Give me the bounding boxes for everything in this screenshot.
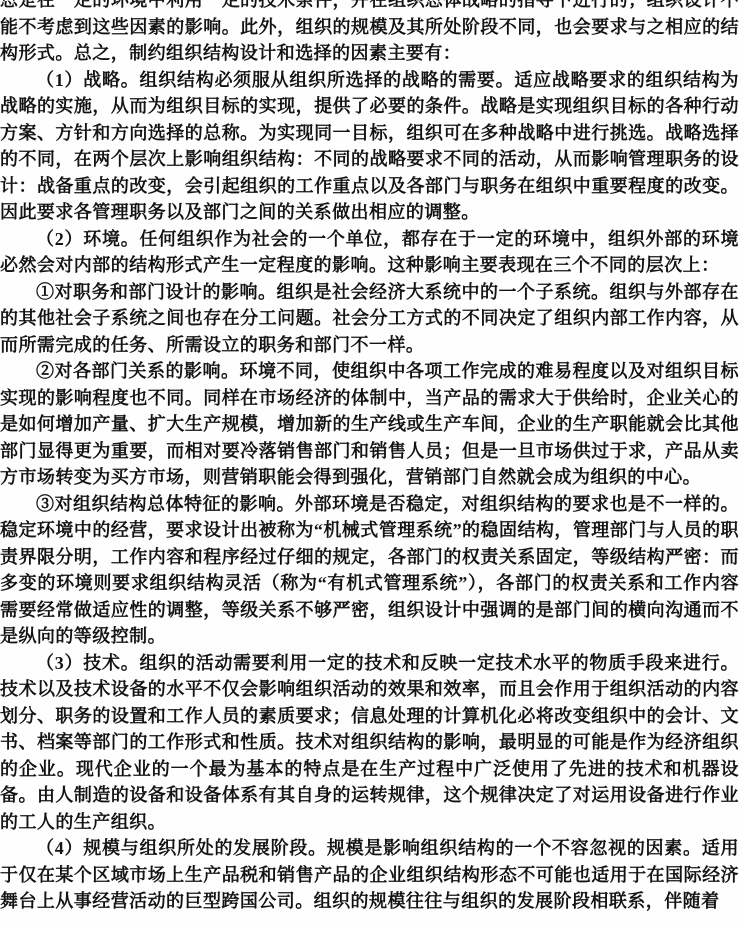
paragraph-env-impact-2: ②对各部门关系的影响。环境不同，使组织中各项工作完成的难易程度以及对组织目标实现… xyxy=(0,358,739,491)
paragraph-factor-strategy: （1）战略。组织结构必须服从组织所选择的战略的需要。适应战略要求的组织结构为战略… xyxy=(0,67,739,226)
page-text-block: 总是在一定的环境中利用一定的技术条件，并在组织总体战略的指导下进行的；组织设计不… xyxy=(0,0,739,915)
paragraph-env-impact-3: ③对组织结构总体特征的影响。外部环境是否稳定，对组织结构的要求也是不一样的。稳定… xyxy=(0,491,739,650)
paragraph-factor-scale: （4）规模与组织所处的发展阶段。规模是影响组织结构的一个不容忽视的因素。适用于仅… xyxy=(0,835,739,915)
paragraph-factor-technology: （3）技术。组织的活动需要利用一定的技术和反映一定技术水平的物质手段来进行。技术… xyxy=(0,650,739,836)
paragraph-continuation: 总是在一定的环境中利用一定的技术条件，并在组织总体战略的指导下进行的；组织设计不… xyxy=(0,0,739,67)
document-page: 总是在一定的环境中利用一定的技术条件，并在组织总体战略的指导下进行的；组织设计不… xyxy=(0,0,739,927)
paragraph-env-impact-1: ①对职务和部门设计的影响。组织是社会经济大系统中的一个子系统。组织与外部存在的其… xyxy=(0,279,739,359)
paragraph-factor-environment: （2）环境。任何组织作为社会的一个单位，都存在于一定的环境中，组织外部的环境必然… xyxy=(0,226,739,279)
